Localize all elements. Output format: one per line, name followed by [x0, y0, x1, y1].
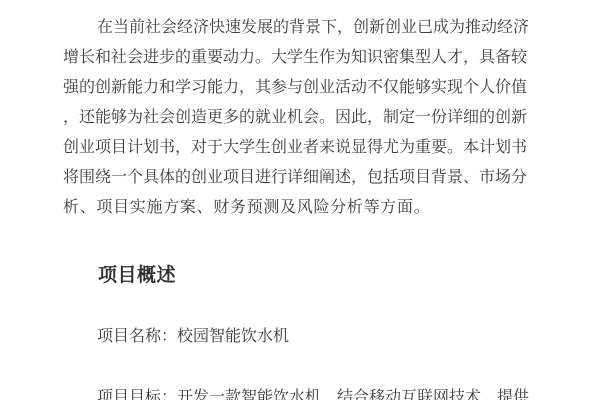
paragraph-line: ，还能够为社会创造更多的就业机会。因此，制定一份详细的创新 — [63, 103, 533, 133]
project-name-line: 项目名称：校园智能饮水机 — [97, 327, 289, 347]
paragraph-line: 创业项目计划书，对于大学生创业者来说显得尤为重要。本计划书 — [63, 133, 533, 163]
document-page: 在当前社会经济快速发展的背景下，创新创业已成为推动经济 增长和社会进步的重要动力… — [0, 0, 600, 400]
paragraph-line: 将围绕一个具体的创业项目进行详细阐述，包括项目背景、市场分 — [63, 163, 533, 193]
project-goal-line: 项目目标：开发一款智能饮水机，结合移动互联网技术，提供 — [97, 388, 529, 400]
paragraph-line: 在当前社会经济快速发展的背景下，创新创业已成为推动经济 — [63, 13, 533, 43]
paragraph-line: 析、项目实施方案、财务预测及风险分析等方面。 — [63, 193, 533, 223]
paragraph-line: 强的创新能力和学习能力，其参与创业活动不仅能够实现个人价值 — [63, 73, 533, 103]
section-heading: 项目概述 — [98, 265, 176, 287]
paragraph-line: 增长和社会进步的重要动力。大学生作为知识密集型人才，具备较 — [63, 43, 533, 73]
intro-paragraph: 在当前社会经济快速发展的背景下，创新创业已成为推动经济 增长和社会进步的重要动力… — [63, 13, 533, 223]
